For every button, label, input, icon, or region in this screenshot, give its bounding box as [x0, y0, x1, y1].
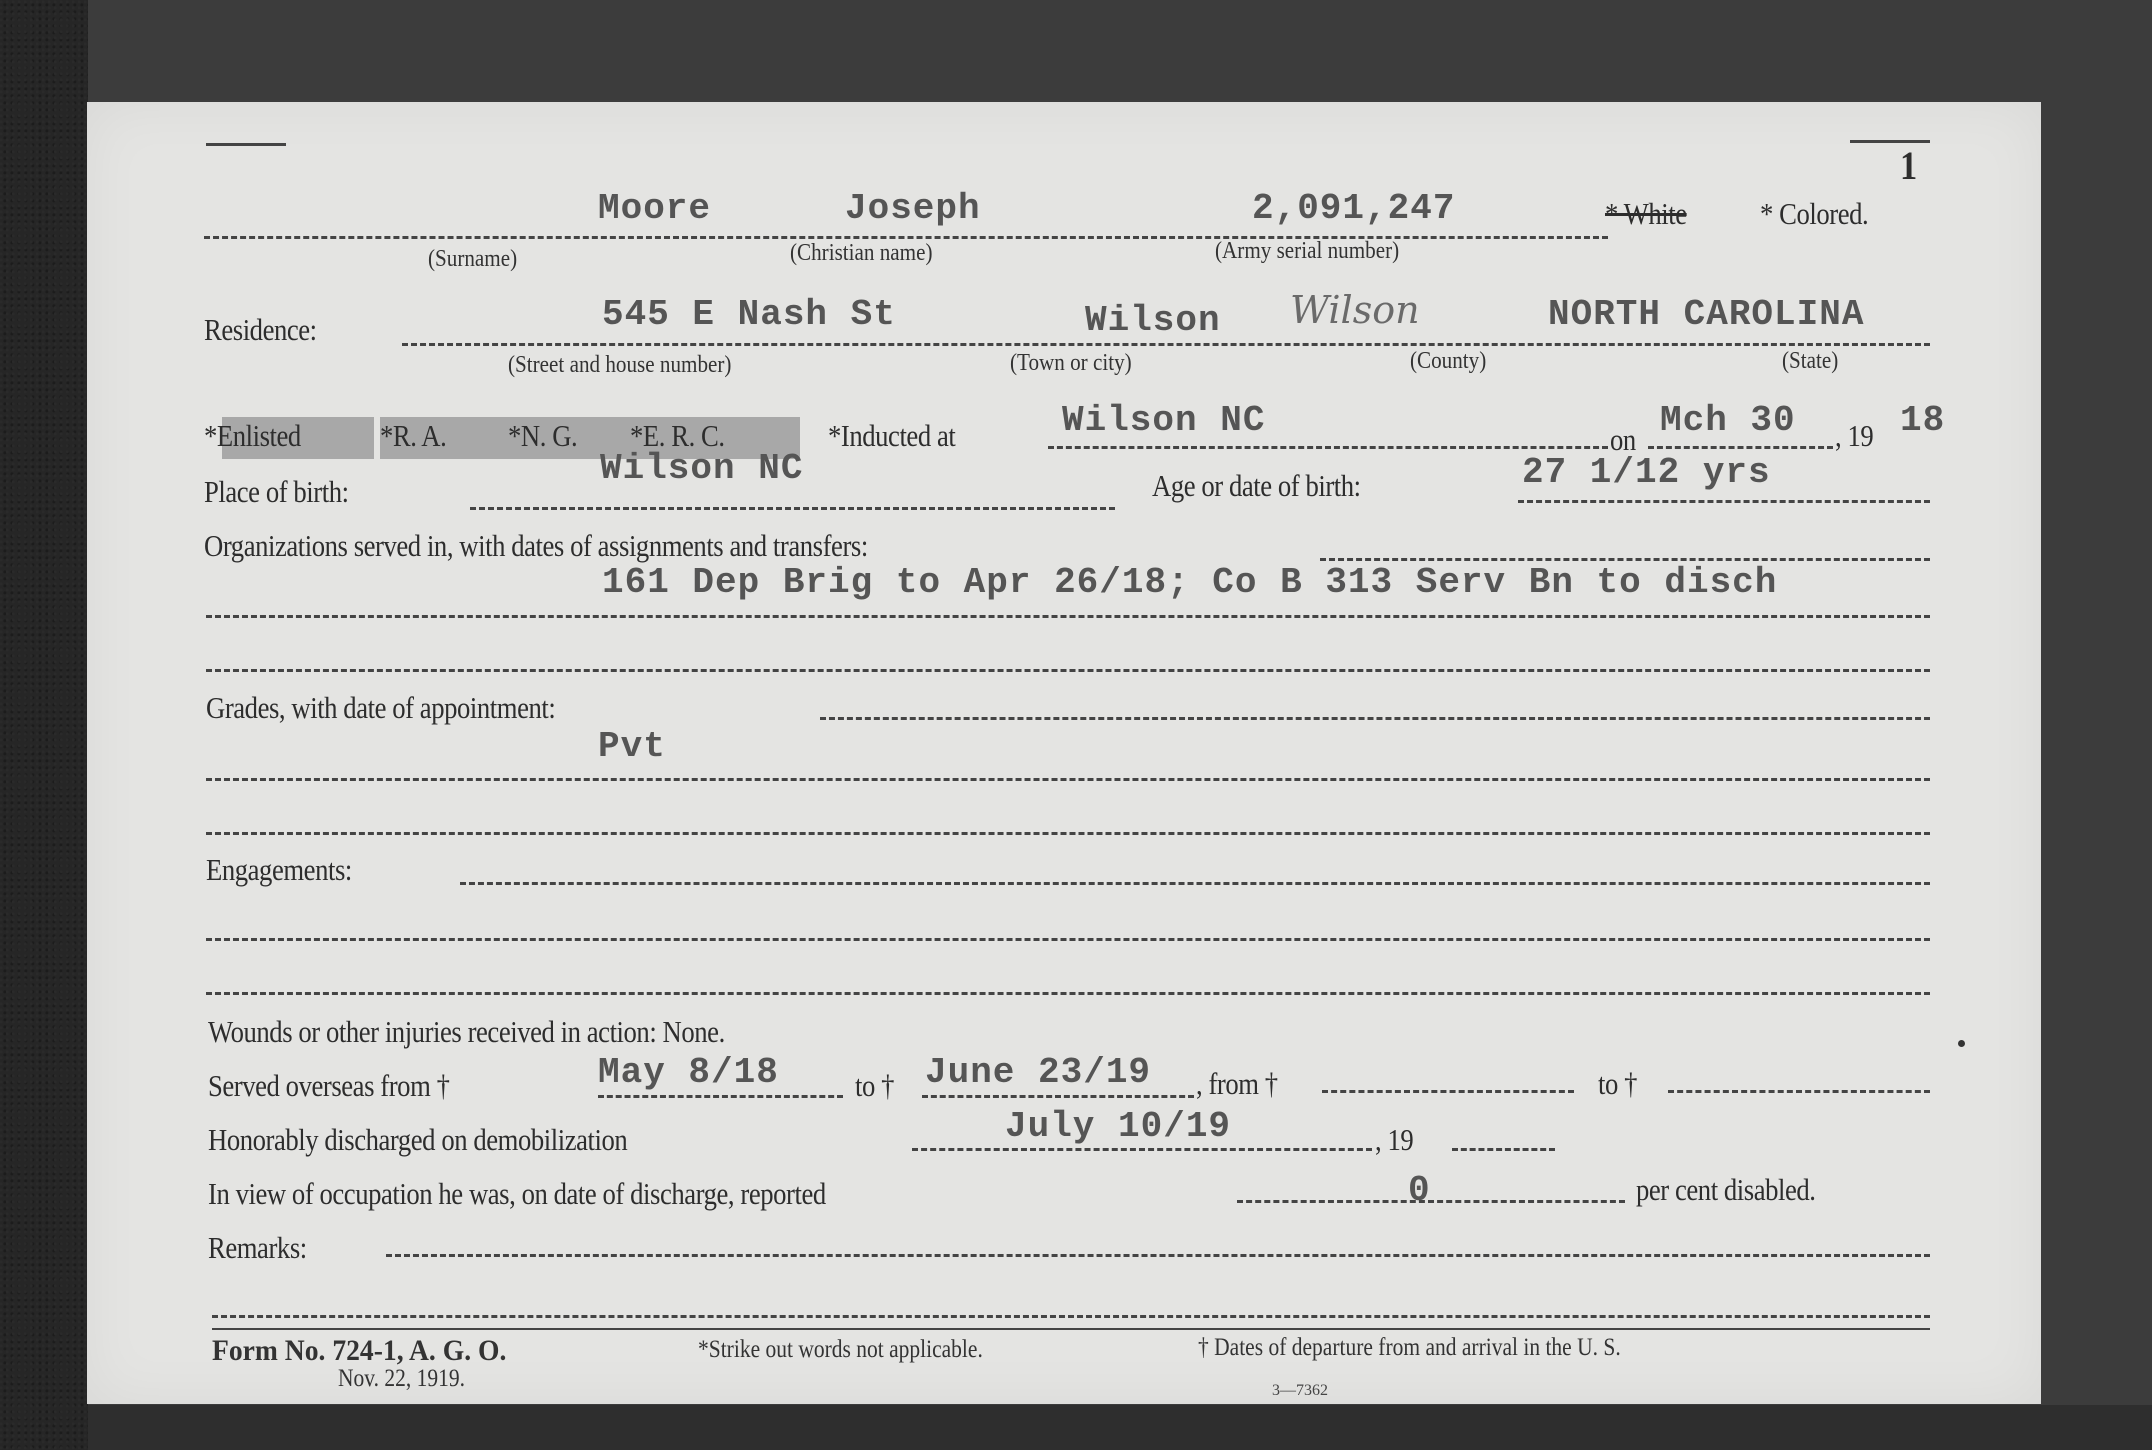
- grades-line-0: [820, 717, 1930, 720]
- overseas-from-value: May 8/18: [598, 1052, 779, 1093]
- grades-line-2: [206, 832, 1930, 835]
- overseas-to-value: June 23/19: [925, 1052, 1151, 1093]
- place-of-birth-label: Place of birth:: [204, 474, 349, 510]
- discharge-line: [912, 1148, 1372, 1151]
- street-label: (Street and house number): [508, 352, 731, 379]
- induction-date-value: Mch 30: [1660, 400, 1796, 441]
- place-of-birth-line: [470, 507, 1115, 510]
- serial-number-value: 2,091,247: [1252, 188, 1455, 229]
- remarks-label: Remarks:: [208, 1230, 307, 1266]
- overseas-to-label: to †: [855, 1068, 894, 1104]
- age-value: 27 1/12 yrs: [1522, 452, 1771, 493]
- engagements-line-0: [460, 882, 1930, 885]
- discharge-date-value: July 10/19: [1005, 1106, 1231, 1147]
- induction-year-value: 18: [1900, 400, 1945, 441]
- christian-name-value: Joseph: [845, 188, 981, 229]
- grade-value: Pvt: [598, 726, 666, 767]
- strike-note: *Strike out words not applicable.: [698, 1336, 983, 1364]
- christian-name-label: (Christian name): [790, 240, 933, 267]
- county-value: Wilson: [1290, 288, 1420, 332]
- ink-dot: [1958, 1040, 1965, 1047]
- disability-line: [1237, 1200, 1625, 1203]
- race-white-option[interactable]: * White: [1605, 196, 1687, 232]
- serial-number-label: (Army serial number): [1215, 238, 1399, 265]
- induction-date-line: [1648, 446, 1833, 449]
- discharge-year-label: , 19: [1375, 1122, 1413, 1158]
- footer-rule: [212, 1328, 1930, 1330]
- state-value: NORTH CAROLINA: [1548, 294, 1864, 335]
- form-date: Nov. 22, 1919.: [338, 1365, 465, 1393]
- scanner-background-left: [0, 0, 88, 1450]
- overseas-from-line: [598, 1095, 843, 1098]
- top-left-rule: [206, 143, 286, 146]
- organizations-line-2: [206, 669, 1930, 672]
- year-prefix: , 19: [1835, 418, 1873, 454]
- overseas-from2-line: [1322, 1090, 1574, 1093]
- engagements-label: Engagements:: [206, 852, 352, 888]
- residence-line: [402, 343, 1930, 346]
- organizations-label: Organizations served in, with dates of a…: [204, 528, 868, 564]
- inducted-line: [1048, 446, 1608, 449]
- overseas-to2-label: to †: [1598, 1066, 1637, 1102]
- residence-label: Residence:: [204, 312, 317, 348]
- surname-label: (Surname): [428, 246, 517, 273]
- age-line: [1518, 500, 1930, 503]
- wounds-label: Wounds or other injuries received in act…: [208, 1014, 725, 1050]
- scanner-background-bottom: [88, 1405, 2152, 1450]
- state-label: (State): [1782, 348, 1838, 375]
- grades-line-1: [206, 778, 1930, 781]
- overseas-to2-line: [1668, 1090, 1930, 1093]
- engagements-line-2: [206, 992, 1930, 995]
- race-colored-option[interactable]: * Colored.: [1760, 196, 1868, 232]
- disability-label: In view of occupation he was, on date of…: [208, 1176, 826, 1212]
- enlisted-option[interactable]: *Enlisted: [204, 418, 301, 454]
- street-value: 545 E Nash St: [602, 294, 896, 335]
- print-code: 3—7362: [1272, 1382, 1328, 1400]
- remarks-line-1: [212, 1315, 1930, 1318]
- ra-option[interactable]: *R. A.: [380, 418, 446, 454]
- disability-percent-value: 0: [1408, 1170, 1431, 1211]
- page-number: 1: [1900, 142, 1917, 189]
- overseas-label: Served overseas from †: [208, 1068, 450, 1104]
- organizations-line-1: [206, 615, 1930, 618]
- county-label: (County): [1410, 348, 1486, 375]
- overseas-from2-label: , from †: [1196, 1066, 1278, 1102]
- dates-note: † Dates of departure from and arrival in…: [1198, 1334, 1621, 1362]
- age-label: Age or date of birth:: [1152, 468, 1361, 504]
- form-number: Form No. 724-1, A. G. O.: [212, 1334, 506, 1368]
- surname-value: Moore: [598, 188, 711, 229]
- top-right-rule: [1850, 140, 1930, 143]
- grades-label: Grades, with date of appointment:: [206, 690, 555, 726]
- town-label: (Town or city): [1010, 350, 1132, 377]
- inducted-label: *Inducted at: [828, 418, 955, 454]
- overseas-to-line: [922, 1095, 1194, 1098]
- engagements-line-1: [206, 938, 1930, 941]
- organizations-line-0: [1320, 558, 1930, 561]
- place-of-birth-value: Wilson NC: [600, 448, 803, 489]
- disability-suffix: per cent disabled.: [1636, 1172, 1816, 1208]
- discharge-label: Honorably discharged on demobilization: [208, 1122, 627, 1158]
- inducted-at-value: Wilson NC: [1062, 400, 1265, 441]
- ng-option[interactable]: *N. G.: [508, 418, 577, 454]
- town-value: Wilson: [1085, 300, 1221, 341]
- discharge-year-line: [1452, 1148, 1555, 1151]
- organizations-value: 161 Dep Brig to Apr 26/18; Co B 313 Serv…: [602, 562, 1777, 603]
- remarks-line-0: [386, 1254, 1930, 1257]
